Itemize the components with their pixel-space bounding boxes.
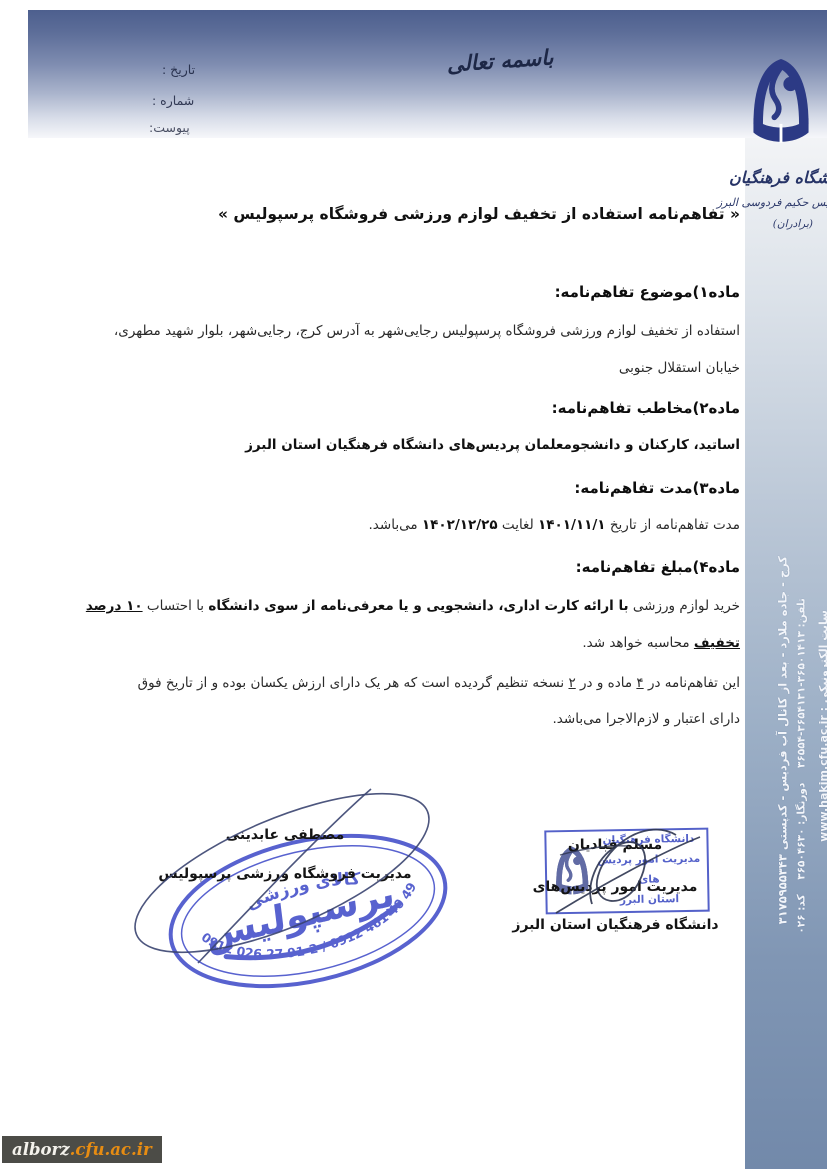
article1-line1: استفاده از تخفیف لوازم ورزشی فروشگاه پرس… [30,323,740,339]
article1-line2: خیابان استقلال جنوبی [30,360,740,376]
article2-heading: ماده۲)مخاطب تفاهم‌نامه: [30,399,740,417]
end-date: ۱۴۰۲/۱۲/۲۵ [422,517,498,533]
left-signatory-role: مدیریت فروشگاه ورزشی پرسپولیس [140,866,430,882]
date-field-label: تاریخ : [162,62,195,77]
right-signatory-org: دانشگاه فرهنگیان استان البرز [488,917,743,933]
closing-line1: این تفاهم‌نامه در ۴ ماده و در ۲ نسخه تنظ… [30,675,740,691]
right-signatory-name: مسلم قبادیان [520,837,710,853]
closing-text: نسخه تنظیم گردیده است که هر یک دارای ارز… [138,675,569,691]
closing-text: ماده و در [576,675,637,691]
closing-line2: دارای اعتبار و لازم‌الاجرا می‌باشد. [30,711,740,727]
article2-body: اساتید، کارکنان و دانشجومعلمان پردیس‌های… [30,437,740,453]
closing-text: این تفاهم‌نامه در [644,675,740,691]
start-date: ۱۴۰۱/۱۱/۱ [538,517,606,533]
branch-label: (برادران) [773,218,813,230]
copies-count: ۲ [568,675,575,691]
discount-percent: ۱۰ درصد [86,598,143,614]
document-title: « تفاهم‌نامه استفاده از تخفیف لوازم ورزش… [30,205,740,223]
university-name: دانشگاه فرهنگیان [729,168,827,187]
sidebar-address: کرج - جاده ملارد - بعد از کانال آب فردیس… [775,556,789,924]
scanned-letter-page: تاریخ : شماره : پیوست: باسمه تعالی دانشگ… [0,0,827,1169]
right-signatory-role: مدیریت امور پردیس‌های [505,879,725,895]
article4-text: با احتساب [143,598,209,614]
article3-heading: ماده۳)مدت تفاهم‌نامه: [30,479,740,497]
article1-heading: ماده۱)موضوع تفاهم‌نامه: [30,283,740,301]
site-prefix: alborz [12,1140,70,1159]
article4-heading: ماده۴)مبلغ تفاهم‌نامه: [30,558,740,576]
article3-text: مدت تفاهم‌نامه از تاریخ [606,517,740,533]
campus-name: پردیس حکیم فردوسی البرز [717,196,827,209]
article4-text: خرید لوازم ورزشی [629,598,740,614]
article4-line1: خرید لوازم ورزشی با ارائه کارت اداری، دا… [30,598,740,614]
article3-text: می‌باشد. [369,517,422,533]
article4-bold-clause: با ارائه کارت اداری، دانشجویی و یا معرفی… [208,598,628,614]
article4-line2: تخفیف محاسبه خواهد شد. [30,635,740,651]
number-field-label: شماره : [152,93,194,108]
articles-count: ۴ [636,675,643,691]
site-suffix: .cfu.ac.ir [70,1140,152,1159]
article3-text: لغایت [498,517,538,533]
handwritten-signatures [0,0,827,1169]
article3-body: مدت تفاهم‌نامه از تاریخ ۱۴۰۱/۱۱/۱ لغایت … [30,517,740,533]
footer-site-badge: alborz.cfu.ac.ir [2,1136,162,1163]
sidebar-website: سایت الکترونیکی : www.hakim.cfu.ac.ir [817,610,827,842]
attachment-field-label: پیوست: [149,120,190,135]
discount-word: تخفیف [694,635,740,651]
university-logo-icon [743,44,819,162]
article4-text: محاسبه خواهد شد. [582,635,694,651]
left-signatory-name: مصطفی عابدینی [170,827,400,843]
sidebar-phone: تلفن: ۳۶۵۰۱۴۱۳-۳۶۵۴۱۳۱-۳۶۵۵۴ دورنگار: ۳۶… [796,598,808,934]
